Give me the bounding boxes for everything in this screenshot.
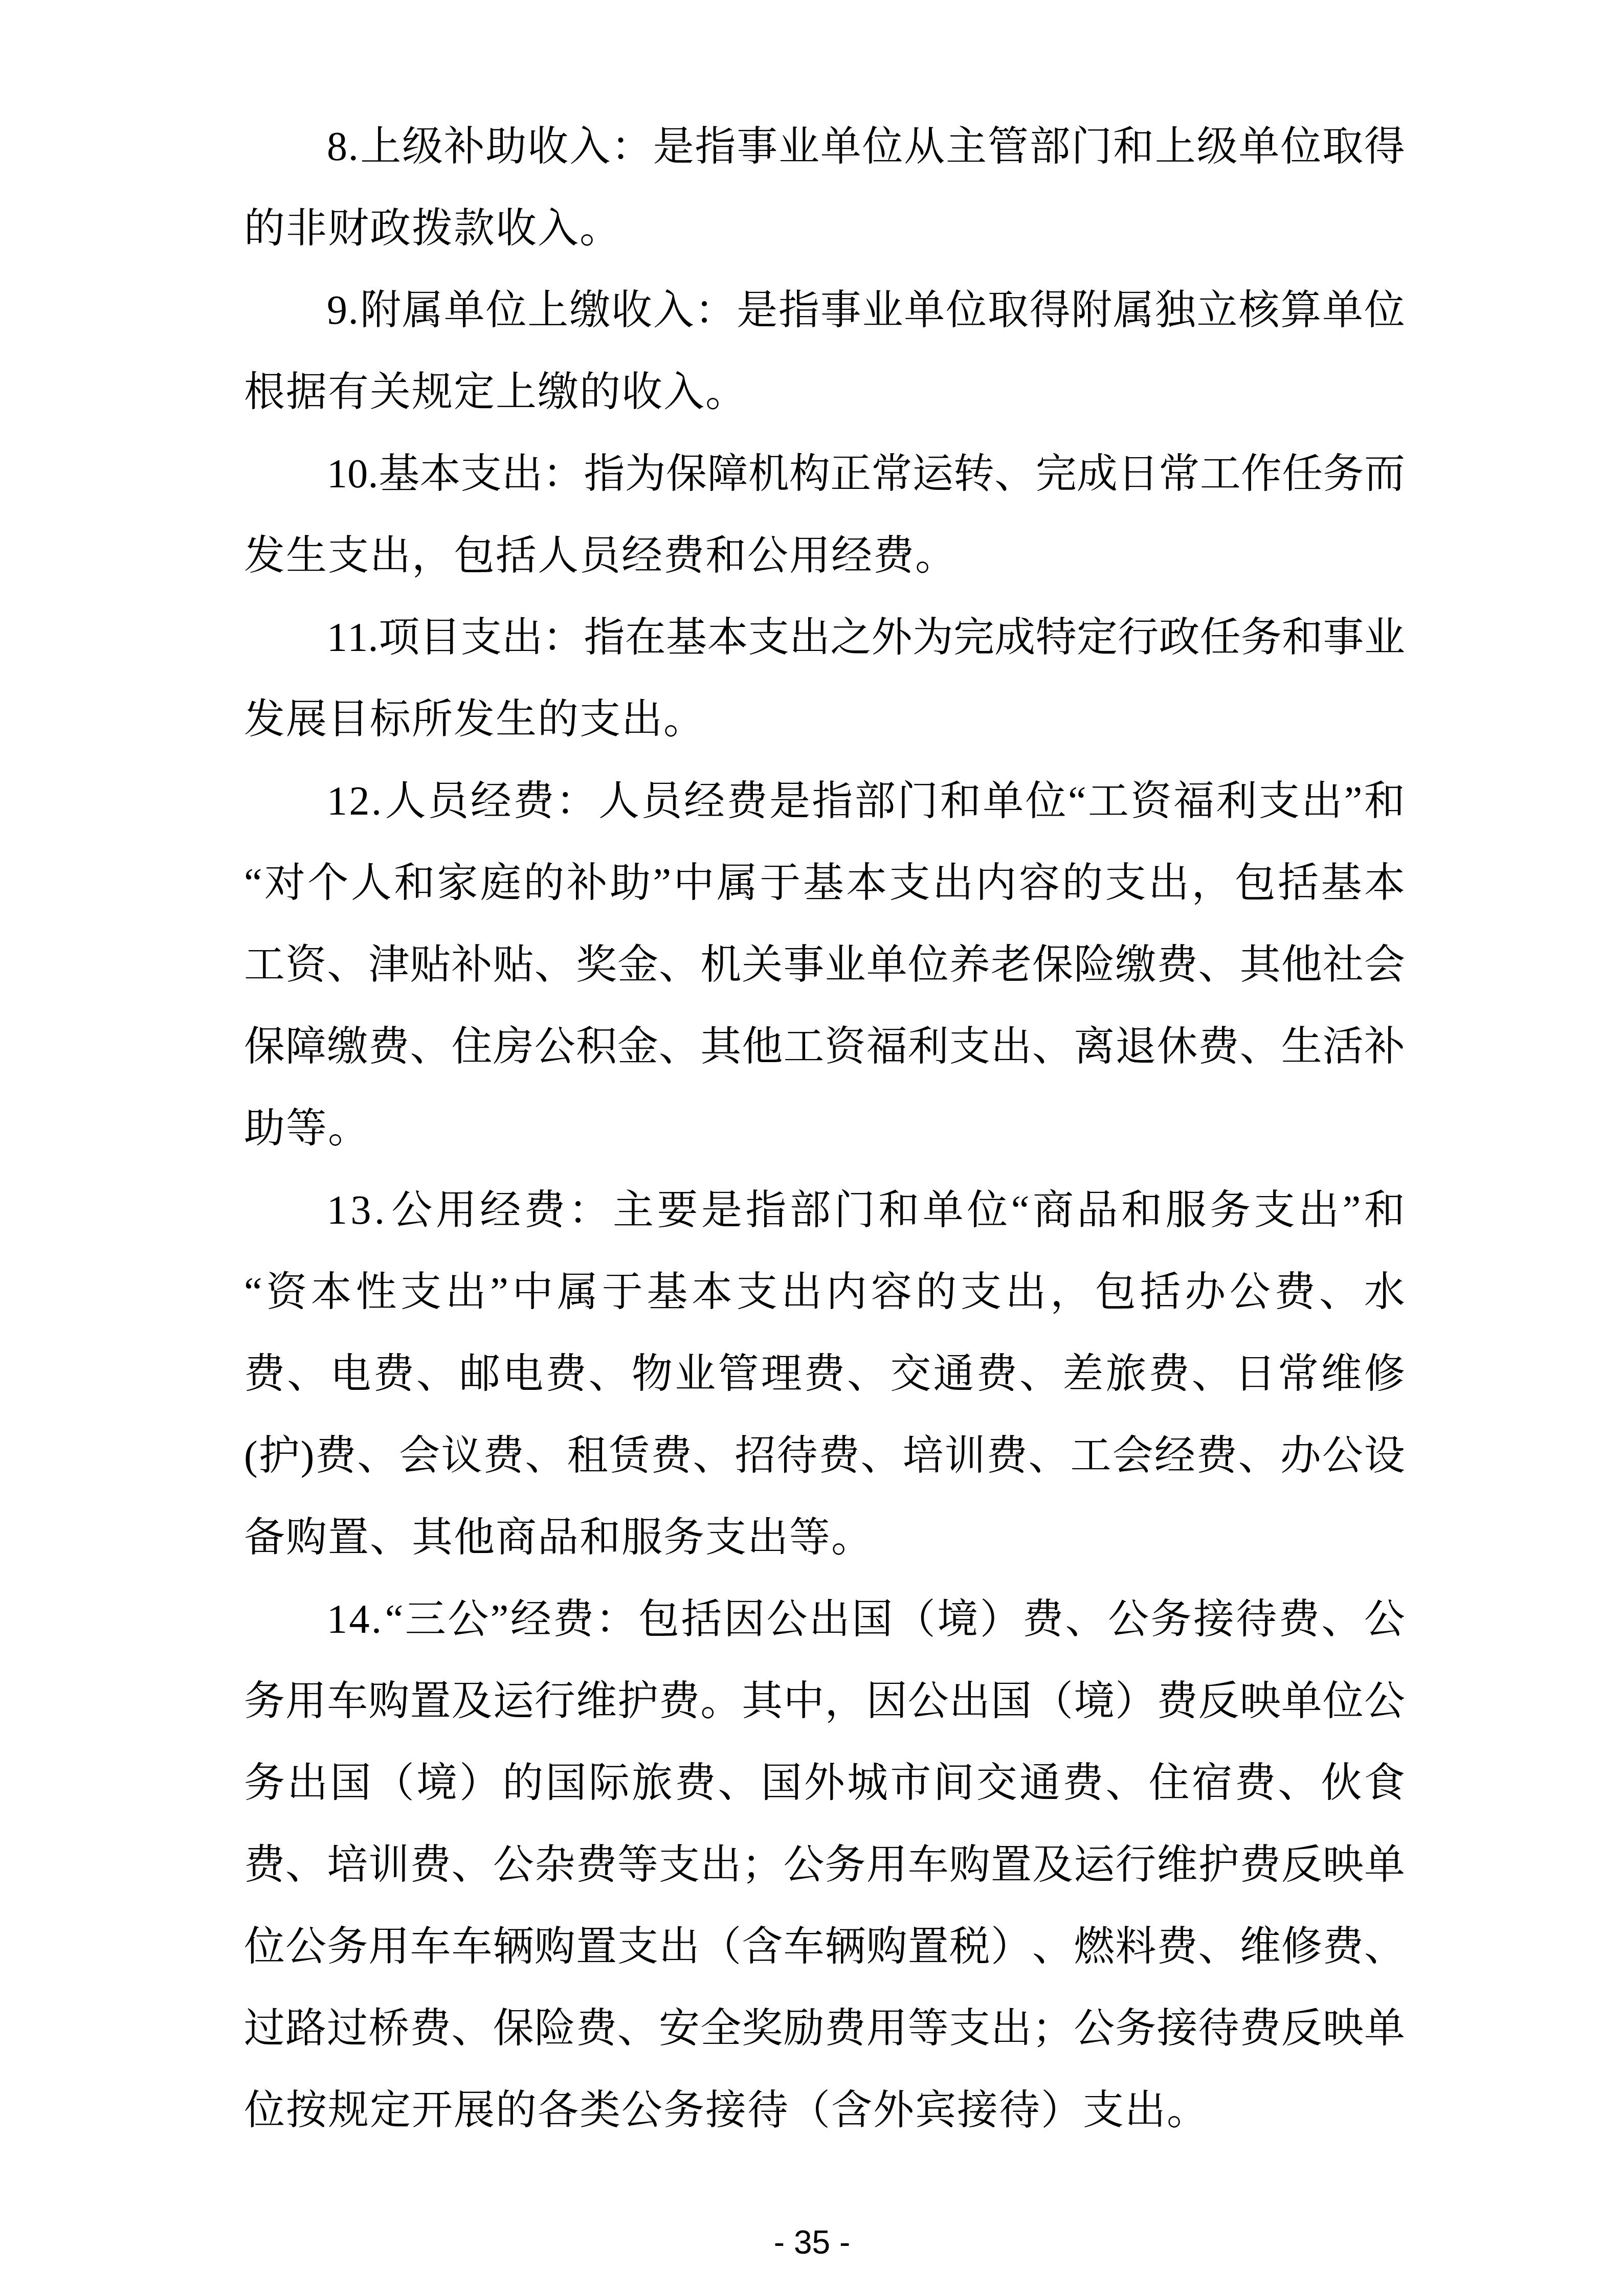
- document-page: 8. 上级补助收入：是指事业单位从主管部门和上级单位取得的非财政拨款收入。9. …: [0, 0, 1624, 2296]
- text-line: 的非财政拨款收入。: [244, 188, 1405, 269]
- text-line: 位公务用车车辆购置支出（含车辆购置税）、燃料费、维修费、: [244, 1906, 1405, 1988]
- text-line: 务出国（境）的国际旅费、国外城市间交通费、住宿费、伙食: [244, 1742, 1405, 1824]
- text-line: 务用车购置及运行维护费。其中，因公出国（境）费反映单位公: [244, 1660, 1405, 1742]
- text-line: 保障缴费、住房公积金、其他工资福利支出、离退休费、生活补: [244, 1006, 1405, 1088]
- text-line: 10. 基本支出：指为保障机构正常运转、完成日常工作任务而: [244, 433, 1405, 515]
- text-line: 过路过桥费、保险费、安全奖励费用等支出；公务接待费反映单: [244, 1988, 1405, 2069]
- text-line: “对个人和家庭的补助”中属于基本支出内容的支出，包括基本: [244, 842, 1405, 924]
- text-line: 费、电费、邮电费、物业管理费、交通费、差旅费、日常维修: [244, 1333, 1405, 1415]
- text-line: 工资、津贴补贴、奖金、机关事业单位养老保险缴费、其他社会: [244, 924, 1405, 1006]
- text-line: 备购置、其他商品和服务支出等。: [244, 1497, 1405, 1579]
- text-line: 助等。: [244, 1088, 1405, 1169]
- text-line: 14. “三公”经费：包括因公出国（境）费、公务接待费、公: [244, 1579, 1405, 1660]
- text-line: (护)费、会议费、租赁费、招待费、培训费、工会经费、办公设: [244, 1415, 1405, 1497]
- text-line: 12. 人员经费：人员经费是指部门和单位“工资福利支出”和: [244, 760, 1405, 842]
- text-line: 11. 项目支出：指在基本支出之外为完成特定行政任务和事业: [244, 597, 1405, 679]
- text-line: 9. 附属单位上缴收入：是指事业单位取得附属独立核算单位: [244, 269, 1405, 351]
- text-line: 根据有关规定上缴的收入。: [244, 351, 1405, 433]
- text-line: 发生支出，包括人员经费和公用经费。: [244, 515, 1405, 597]
- text-line: 位按规定开展的各类公务接待（含外宾接待）支出。: [244, 2069, 1405, 2151]
- text-line: 8. 上级补助收入：是指事业单位从主管部门和上级单位取得: [244, 106, 1405, 188]
- text-block: 8. 上级补助收入：是指事业单位从主管部门和上级单位取得的非财政拨款收入。9. …: [244, 106, 1405, 2151]
- text-line: 发展目标所发生的支出。: [244, 679, 1405, 760]
- text-line: “资本性支出”中属于基本支出内容的支出，包括办公费、水: [244, 1251, 1405, 1333]
- text-line: 13. 公用经费：主要是指部门和单位“商品和服务支出”和: [244, 1169, 1405, 1251]
- text-line: 费、培训费、公杂费等支出；公务用车购置及运行维护费反映单: [244, 1824, 1405, 1906]
- page-number: - 35 -: [0, 2219, 1624, 2265]
